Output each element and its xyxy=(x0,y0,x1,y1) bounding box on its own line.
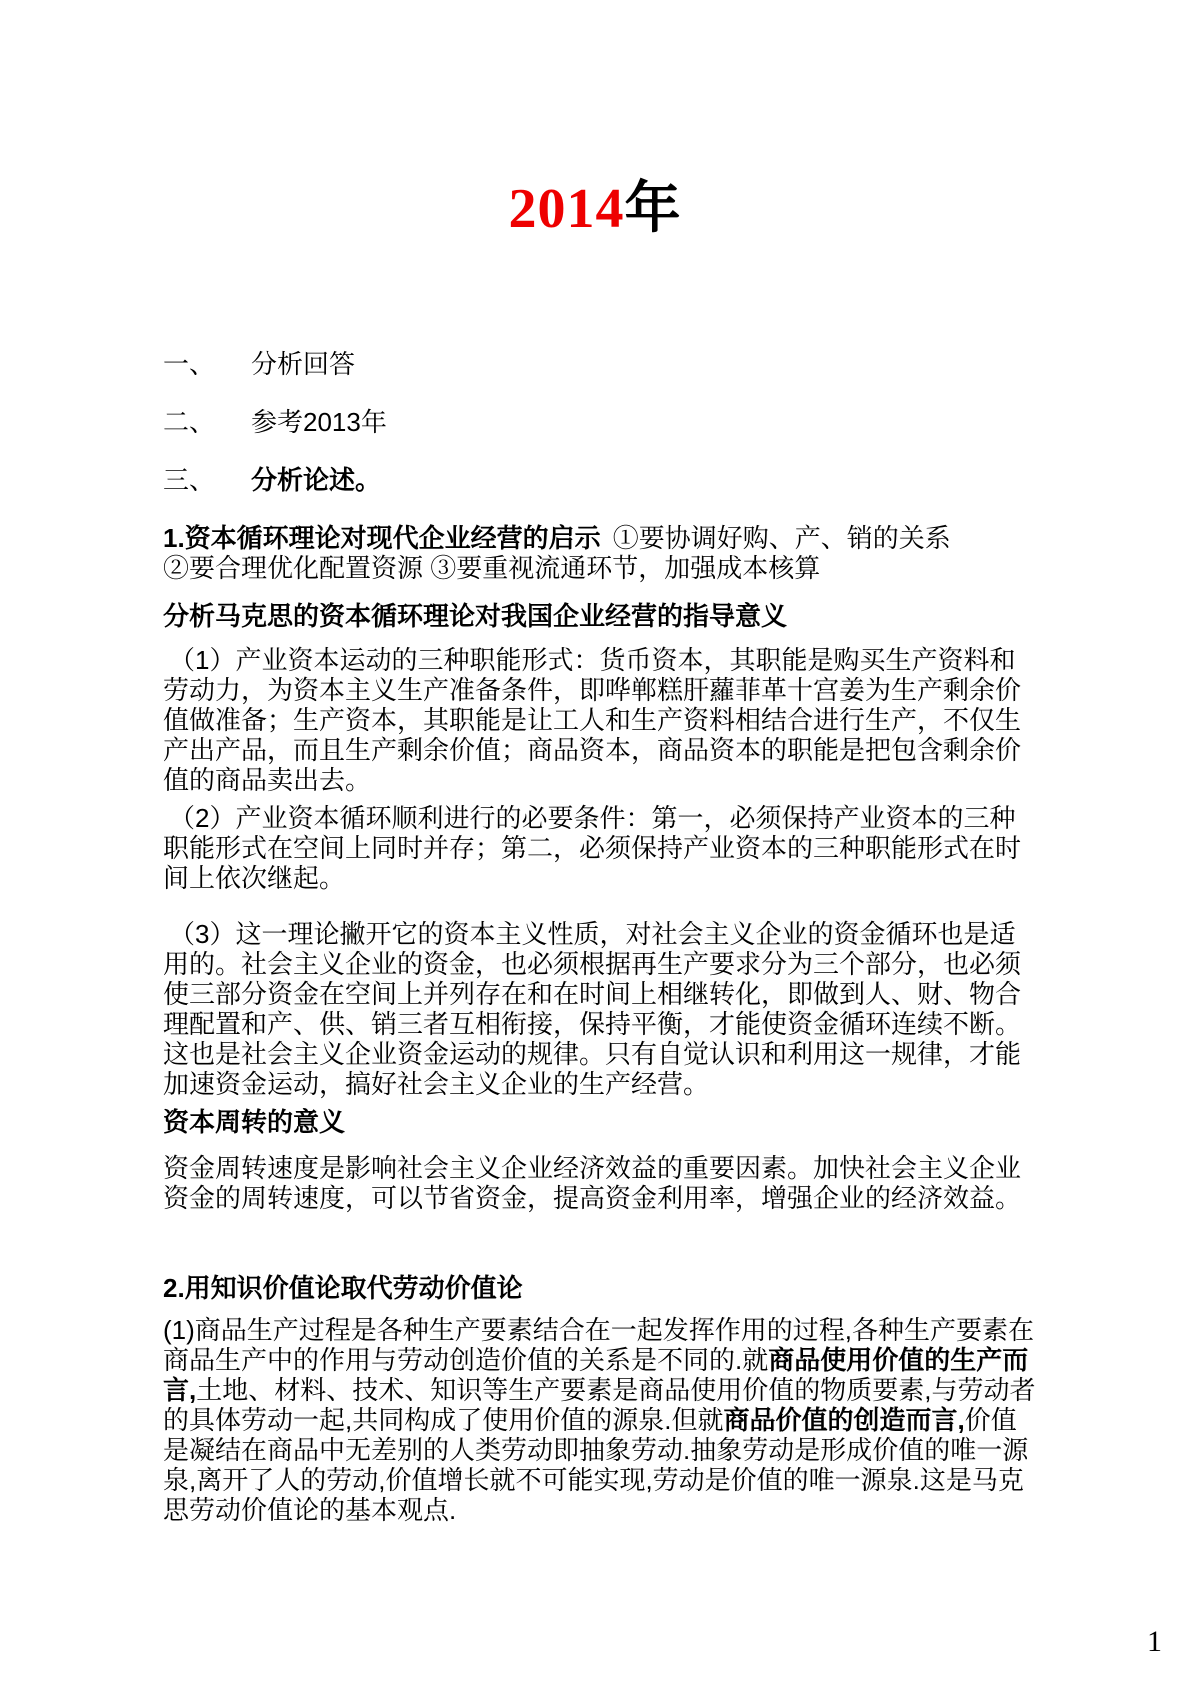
list-item-2: 二、参考2013年 xyxy=(163,407,1040,438)
title-year-suffix: 年 xyxy=(625,176,682,239)
question1-paragraph-1: （1）产业资本运动的三种职能形式：货币资本，其职能是购买生产资料和劳动力，为资本… xyxy=(163,645,1040,795)
capital-turnover-heading: 资本周转的意义 xyxy=(163,1107,1040,1137)
question1-paragraph-3: （3）这一理论撇开它的资本主义性质，对社会主义企业的资金循环也是适用的。社会主义… xyxy=(163,919,1040,1099)
document-page: 2014年 一、分析回答 二、参考2013年 三、分析论述。 1.资本循环理论对… xyxy=(0,0,1190,1683)
document-body: 一、分析回答 二、参考2013年 三、分析论述。 1.资本循环理论对现代企业经营… xyxy=(0,349,1190,1525)
list-item-2-text: 参考2013年 xyxy=(251,407,387,437)
question2-heading: 2.用知识价值论取代劳动价值论 xyxy=(163,1273,1040,1303)
question1-paragraph-2: （2）产业资本循环顺利进行的必要条件：第一，必须保持产业资本的三种职能形式在空间… xyxy=(163,803,1040,893)
list-item-1-text: 分析回答 xyxy=(251,349,355,379)
question1-heading-line1: 1.资本循环理论对现代企业经营的启示①要协调好购、产、销的关系 xyxy=(163,523,1040,553)
question2-segment-4-bold: 商品价值的创造而言, xyxy=(723,1405,964,1435)
question1-subheading: 分析马克思的资本循环理论对我国企业经营的指导意义 xyxy=(163,601,1040,631)
question1-heading-bold: 1.资本循环理论对现代企业经营的启示 xyxy=(163,523,601,553)
list-item-1-marker: 一、 xyxy=(163,349,251,380)
list-item-3: 三、分析论述。 xyxy=(163,465,1040,496)
list-item-3-marker: 三、 xyxy=(163,465,251,496)
question1-heading-line2: ②要合理优化配置资源 ③要重视流通环节，加强成本核算 xyxy=(163,553,1040,583)
capital-turnover-paragraph: 资金周转速度是影响社会主义企业经济效益的重要因素。加快社会主义企业资金的周转速度… xyxy=(163,1153,1040,1213)
list-item-2-marker: 二、 xyxy=(163,407,251,438)
list-item-1: 一、分析回答 xyxy=(163,349,1040,380)
question2-paragraph-1: (1)商品生产过程是各种生产要素结合在一起发挥作用的过程,各种生产要素在商品生产… xyxy=(163,1315,1040,1525)
page-number: 1 xyxy=(1147,1625,1162,1659)
list-item-3-text: 分析论述。 xyxy=(251,465,381,495)
question1-heading-point1: ①要协调好购、产、销的关系 xyxy=(601,523,951,553)
title-year: 2014 xyxy=(509,178,625,240)
page-title: 2014年 xyxy=(0,178,1190,239)
